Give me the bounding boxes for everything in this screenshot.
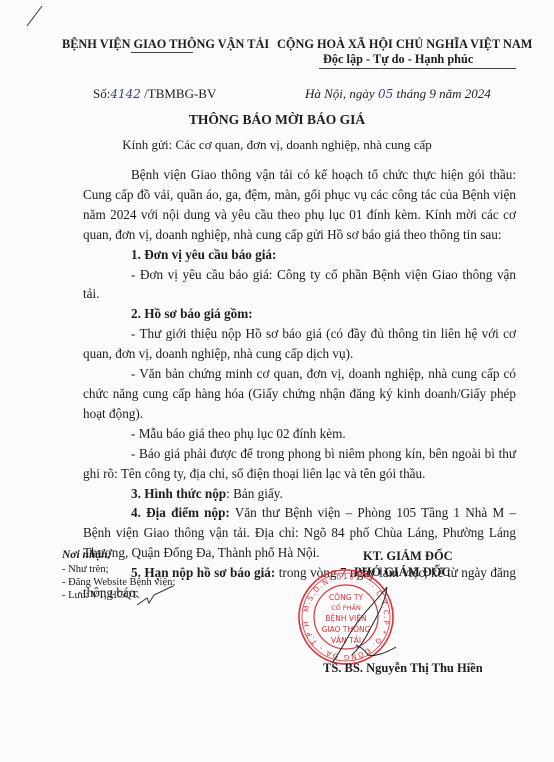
section-4-heading: 4. Địa điểm nộp:	[131, 505, 230, 520]
date-day-handwritten: 05	[378, 87, 393, 101]
national-motto: Độc lập - Tự do - Hạnh phúc	[323, 52, 473, 67]
document-date: Hà Nội, ngày 05 tháng 9 năm 2024	[305, 86, 491, 102]
document-page: BỆNH VIỆN GIAO THÔNG VẬN TẢI CỘNG HOÀ XÃ…	[0, 0, 554, 762]
document-number: Số:4142 /TBMBG-BV	[93, 86, 216, 102]
section-1-item: - Đơn vị yêu cầu báo giá: Công ty cổ phầ…	[83, 265, 516, 305]
signature-title-1: KT. GIÁM ĐỐC	[363, 549, 453, 564]
document-title: THÔNG BÁO MỜI BÁO GIÁ	[0, 112, 554, 128]
section-2-item: - Báo giá phải được để trong phong bì ni…	[83, 444, 516, 484]
section-2-item: - Mẫu báo giá theo phụ lục 02 đính kèm.	[83, 424, 516, 444]
date-prefix: Hà Nội, ngày	[305, 86, 375, 101]
section-2-item: - Văn bản chứng minh cơ quan, đơn vị, do…	[83, 364, 516, 424]
section-2-item: - Thư giới thiệu nộp Hồ sơ báo giá (có đ…	[83, 324, 516, 364]
motto-underline	[319, 68, 516, 69]
section-1-heading: 1. Đơn vị yêu cầu báo giá:	[83, 245, 516, 265]
pen-mark-icon	[24, 4, 48, 30]
section-3-heading: 3. Hình thức nộp	[131, 486, 226, 501]
intro-paragraph: Bệnh viện Giao thông vận tải có kế hoạch…	[83, 165, 516, 245]
initials-mark-icon	[135, 585, 175, 607]
organization-underline	[131, 52, 193, 53]
section-3-text: : Bản giấy.	[226, 486, 283, 501]
number-prefix: Số:	[93, 86, 110, 101]
section-2-heading: 2. Hồ sơ báo giá gồm:	[83, 304, 516, 324]
recipient-item: - Như trên;	[62, 564, 109, 575]
section-3: 3. Hình thức nộp: Bản giấy.	[83, 484, 516, 504]
nation-name: CỘNG HOÀ XÃ HỘI CHỦ NGHĨA VIỆT NAM	[277, 37, 532, 52]
organization-name: BỆNH VIỆN GIAO THÔNG VẬN TẢI	[62, 37, 269, 52]
document-body: Bệnh viện Giao thông vận tải có kế hoạch…	[83, 165, 516, 603]
handwritten-signature-icon	[330, 585, 400, 665]
date-suffix: tháng 9 năm 2024	[396, 86, 490, 101]
number-handwritten: 4142	[110, 87, 141, 101]
number-suffix: /TBMBG-BV	[144, 86, 216, 101]
recipient-item: - Lưu: VT, HCQT.	[62, 590, 140, 601]
recipient-line: Kính gửi: Các cơ quan, đơn vị, doanh ngh…	[0, 137, 554, 153]
recipients-label: Nơi nhận:	[62, 549, 111, 561]
signer-name: TS. BS. Nguyễn Thị Thu Hiền	[323, 661, 483, 676]
